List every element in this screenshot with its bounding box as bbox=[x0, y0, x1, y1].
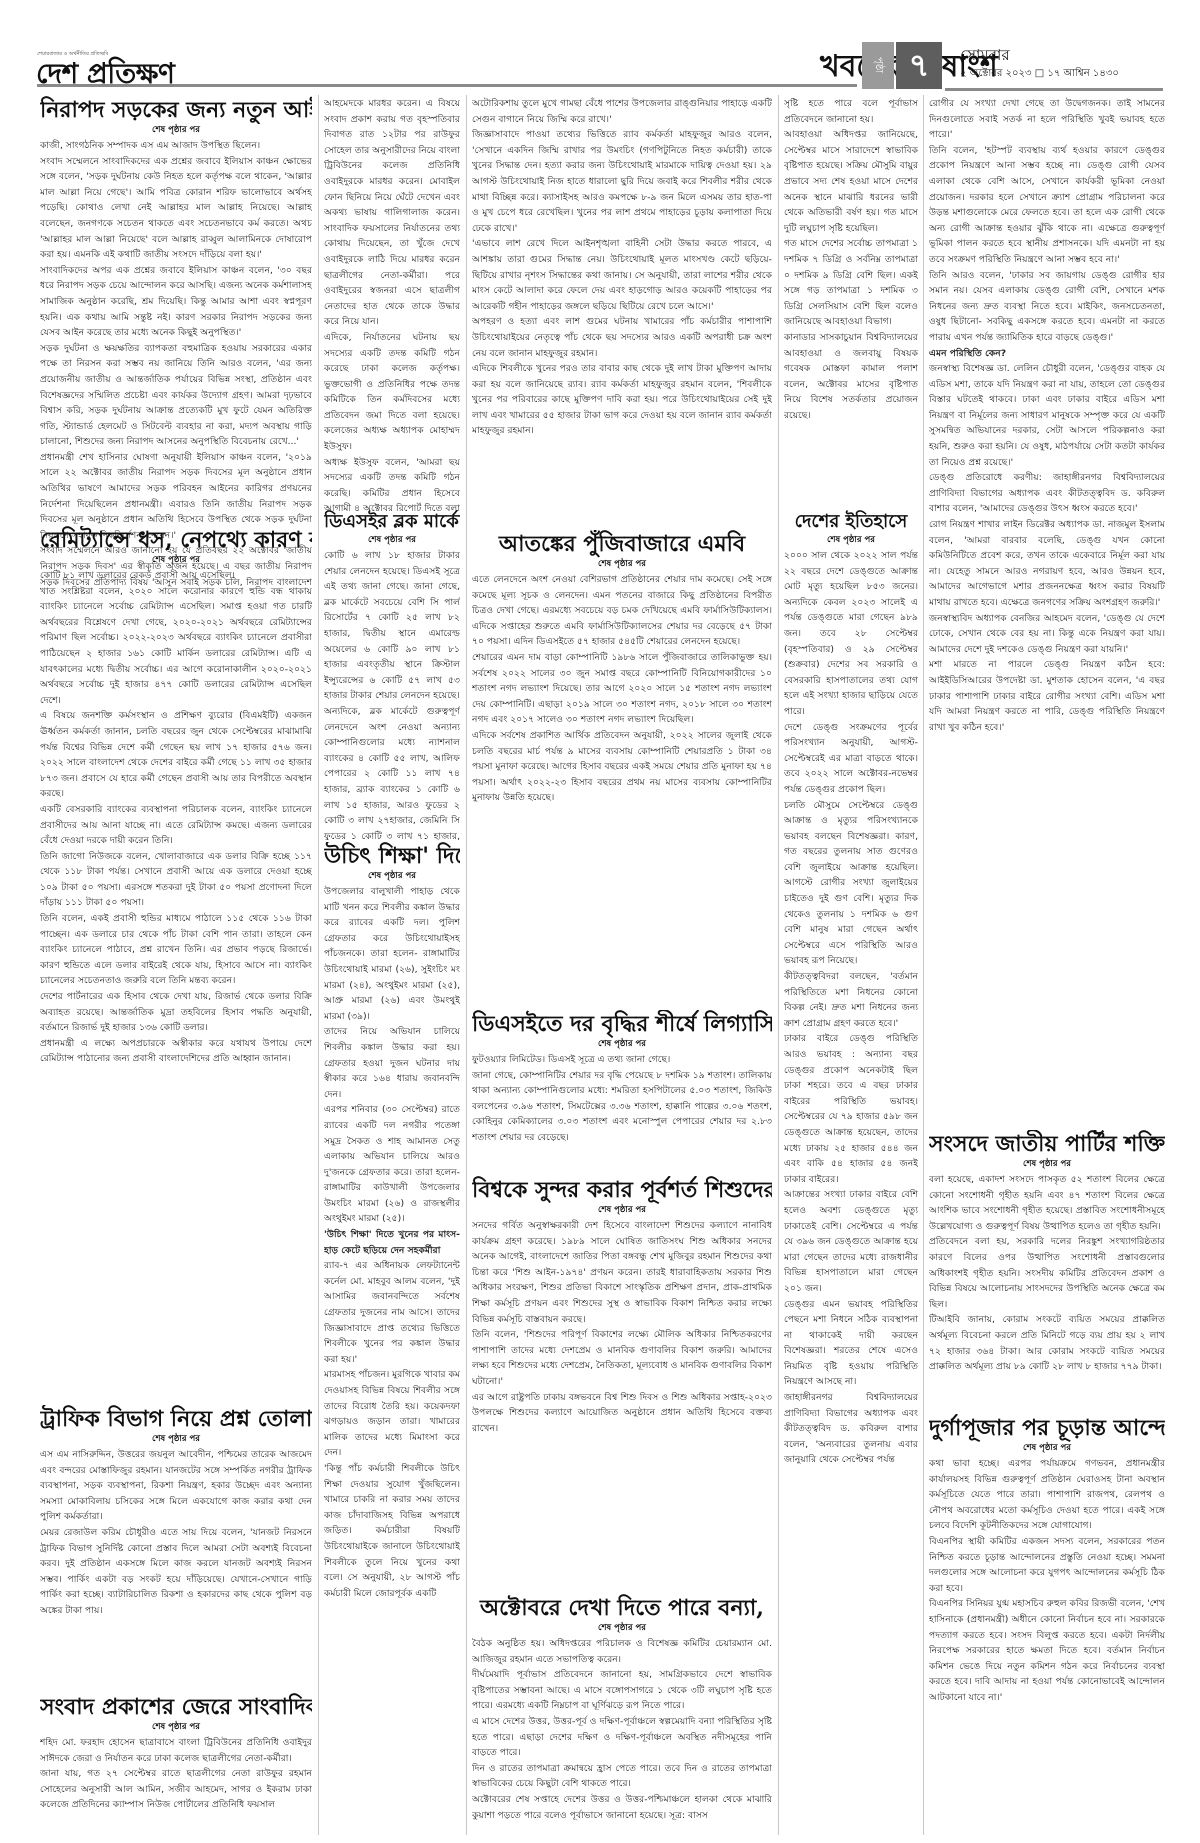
paragraph: এদিকে শিবলীকে খুনের পরও তার বাবার কাছ থে… bbox=[472, 361, 772, 439]
paragraph: দেশে ডেঙ্গু সংক্রমণের পূর্বের পরিসংখ্যান… bbox=[784, 720, 918, 798]
paragraph: অপহরণ ও হত্যা এবং লাশ গুমের ঘটনায় খামার… bbox=[472, 314, 772, 361]
continued-label: শেষ পৃষ্ঠার পর bbox=[472, 1038, 772, 1050]
article-body: ২০০০ সাল থেকে ২০২২ সাল পর্যন্ত ২২ বছরে দ… bbox=[784, 548, 918, 1468]
paragraph: কোটি ৬ লাখ ১৮ হাজার টাকার শেয়ার লেনদেন … bbox=[324, 548, 460, 704]
article-body: আহমেদকে মারধর করেন। এ বিষয়ে সংবাদ প্রকা… bbox=[324, 96, 460, 516]
article-body: কথা ভাবা হচ্ছে। এরপর পর্যায়ক্রমে গণভবন,… bbox=[929, 1456, 1165, 1706]
paragraph: সৃষ্টি হতে পারে বলে পূর্বাভাস প্রতিবেদনে… bbox=[784, 96, 918, 127]
paragraph: 'এভাবে লাশ রেখে দিলে আইনশৃঙ্খলা বাহিনী স… bbox=[472, 236, 772, 314]
paragraph: এ বিষয়ে জনশক্তি কর্মসংস্থান ও প্রশিক্ষণ… bbox=[40, 708, 312, 802]
article-dengue-history[interactable]: দেশের ইতিহাসে শেষ পৃষ্ঠার পর ২০০০ সাল থে… bbox=[784, 510, 918, 1838]
paragraph: গত মাসে দেশের সর্বোচ্চ তাপমাত্রা ১ দশমিক… bbox=[784, 236, 918, 330]
paragraph: এরপর শনিবার (৩০ সেপ্টেম্বর) রাতে র‍্যাবে… bbox=[324, 1102, 460, 1227]
paragraph: ঢাকার বাইরে ডেঙ্গু পরিস্থিতি আরও ভয়াবহ … bbox=[784, 1031, 918, 1187]
paragraph: ২০০০ সাল থেকে ২০২২ সাল পর্যন্ত ২২ বছরে দ… bbox=[784, 548, 918, 720]
paragraph: অক্টোবরের শেষ সপ্তাহে দেশের উত্তর ও উত্ত… bbox=[472, 1792, 772, 1823]
column-divider bbox=[318, 95, 319, 1835]
paragraph: এদিকে, নির্যাতনের ঘটনায় ছয় সদস্যের একট… bbox=[324, 330, 460, 455]
article-body: বৈঠক অনুষ্ঠিত হয়। অধিদপ্তরের পরিচালক ও … bbox=[472, 1636, 772, 1823]
issue-date: ২ অক্টোবর ২০২৩ □ ১৭ আশ্বিন ১৪৩০ bbox=[960, 66, 1119, 83]
paragraph: প্রতিবেদনে বলা হয়, সরকারি দলের নিরঙ্কুশ… bbox=[929, 1234, 1165, 1312]
headline[interactable]: নিরাপদ সড়কের জন্য নতুন আইন bbox=[40, 96, 312, 124]
article-body: এস এম নাসিরুদ্দিন, উত্তরের জয়নুল আবেদীন… bbox=[40, 1447, 312, 1619]
column-divider bbox=[923, 95, 924, 1835]
continued-label: শেষ পৃষ্ঠার পর bbox=[40, 1721, 312, 1733]
article-mb-pharma[interactable]: আতঙ্কের পুঁজিবাজারে এমবি শেষ পৃষ্ঠার পর … bbox=[472, 530, 772, 910]
paragraph: টিআইবি জানায়, কোরাম সংকটে ব্যয়িত সময়ে… bbox=[929, 1312, 1165, 1374]
article-body: রোগীর যে সংখ্যা দেখা গেছে তা উদ্বেগজনক। … bbox=[929, 96, 1165, 735]
paragraph: তিনি আরও বলেন, 'ঢাকার সব জায়গায় ডেঙ্গু… bbox=[929, 268, 1165, 346]
paragraph: মারমাসহ পাঁচজন। মুরগিকে খাবার কম দেওয়াস… bbox=[324, 1367, 460, 1461]
paragraph: র‍্যাব-৭ এর অধিনায়ক লেফট্যানেন্ট কর্নেল… bbox=[324, 1258, 460, 1367]
paragraph: 'কিন্তু পাঁচ কর্মচারী শিবলীকে উচিৎ শিক্ষ… bbox=[324, 1461, 460, 1601]
column-divider bbox=[466, 95, 467, 1835]
paragraph: প্রধানমন্ত্রী এ লক্ষ্যে অপপ্রচারকে অস্বী… bbox=[40, 1036, 312, 1067]
paragraph: তিনি বলেন, একই প্রবাসী হুন্ডির মাধ্যমে প… bbox=[40, 911, 312, 989]
paragraph: তিনি বলেন, 'শিশুদের পরিপূর্ণ বিকাশের লক্… bbox=[472, 1327, 772, 1389]
article-body: ফুটওয়্যার লিমিটেড। ডিএসই সূত্রে এ তথ্য … bbox=[472, 1052, 772, 1146]
headline[interactable]: সংসদে জাতীয় পার্টির শক্তিশালী bbox=[929, 1130, 1165, 1158]
continued-label: শেষ পৃষ্ঠার পর bbox=[324, 534, 460, 546]
headline[interactable]: অক্টোবরে দেখা দিতে পারে বন্যা, bbox=[472, 1594, 772, 1622]
column-divider bbox=[778, 95, 779, 1835]
paragraph: জানা গেছে, কোম্পানিটির শেয়ার দর বৃদ্ধি … bbox=[472, 1068, 772, 1146]
paragraph: বলা হয়েছে, একাদশ সংসদে পাসকৃত ৫২ শতাংশ … bbox=[929, 1172, 1165, 1234]
article-body: এতে লেনদেনে অংশ নেওয়া বেশিরভাগ প্রতিষ্ঠ… bbox=[472, 572, 772, 806]
paragraph: বিএনপির সিনিয়র যুগ্ম মহাসচিব রুহুল কবির… bbox=[929, 1596, 1165, 1705]
paragraph: শহিদ মো. ফরহাদ হোসেন ছাত্রাবাসে বাংলা ট্… bbox=[40, 1735, 312, 1766]
continued-label: শেষ পৃষ্ঠার পর bbox=[472, 1622, 772, 1634]
paragraph: বৈঠক অনুষ্ঠিত হয়। অধিদপ্তরের পরিচালক ও … bbox=[472, 1636, 772, 1667]
header-divider bbox=[37, 84, 857, 87]
article-movement[interactable]: দুর্গাপূজার পর চূড়ান্ত আন্দোলনে শেষ পৃষ… bbox=[929, 1414, 1165, 1798]
paragraph: আবহাওয়া অধিদপ্তর জানিয়েছে, সেপ্টেম্বর … bbox=[784, 127, 918, 236]
subheading: এমন পরিস্থিতি কেন? bbox=[929, 346, 1165, 362]
continued-label: শেষ পৃষ্ঠার পর bbox=[40, 124, 312, 136]
headline[interactable]: আতঙ্কের পুঁজিবাজারে এমবি bbox=[472, 530, 772, 558]
paragraph: এস এম নাসিরুদ্দিন, উত্তরের জয়নুল আবেদীন… bbox=[40, 1447, 312, 1525]
continued-label: শেষ পৃষ্ঠার পর bbox=[929, 1158, 1165, 1170]
paragraph: মশা মারতে না পারলে ডেঙ্গু নিয়ন্ত্রণ কঠি… bbox=[929, 657, 1165, 735]
paragraph: জানা যায়, গত ২৭ সেপ্টেম্বর রাতে ছাত্রলী… bbox=[40, 1766, 312, 1813]
paragraph: 'উচিৎ শিক্ষা' দিতে খুনের পর মাংস-হাড় কে… bbox=[324, 1227, 460, 1258]
paragraph: উপজেলার বালুখালী পাহাড় থেকে মাটি খনন কর… bbox=[324, 884, 460, 1024]
article-flood[interactable]: অক্টোবরে দেখা দিতে পারে বন্যা, শেষ পৃষ্ঠ… bbox=[472, 1594, 772, 1838]
article-higher-education[interactable]: উচিৎ শিক্ষা' দিতে শেষ পৃষ্ঠার পর উপজেলার… bbox=[324, 842, 460, 1838]
paragraph: কানাডার সাসকাচুয়ান বিশ্ববিদ্যালয়ের আবহ… bbox=[784, 330, 918, 424]
paragraph: একটি বেসরকারি ব্যাংকের ব্যবস্থাপনা পরিচা… bbox=[40, 802, 312, 849]
paragraph: জনস্বাস্থ্য বিশেষজ্ঞ ডা. লেলিন চৌধুরী বল… bbox=[929, 361, 1165, 470]
article-body: সনদের গর্বিত অনুস্বাক্ষরকারী দেশ হিসেবে … bbox=[472, 1218, 772, 1436]
paragraph: শেয়ারের এমন দাম বাড়া কোম্পানিটি ১৯৮৬ স… bbox=[472, 650, 772, 728]
paragraph: মেয়র রেজাউল করিম চৌধুরীও এতে সায় দিয়ে… bbox=[40, 1525, 312, 1619]
paragraph: সনদের গর্বিত অনুস্বাক্ষরকারী দেশ হিসেবে … bbox=[472, 1218, 772, 1327]
paragraph: আক্রান্তের সংখ্যা ঢাকার বাইরে বেশি হলেও … bbox=[784, 1187, 918, 1296]
continued-label: শেষ পৃষ্ঠার পর bbox=[472, 558, 772, 570]
paragraph: কোটি ৮১ লাখ ডলারের রেকর্ড প্রবাসী আয় এস… bbox=[40, 568, 312, 584]
continued-label: শেষ পৃষ্ঠার পর bbox=[324, 870, 460, 882]
paragraph: কীটতত্ত্ববিদরা বলছেন, 'বর্তমান পরিস্থিতি… bbox=[784, 969, 918, 1031]
article-body: সৃষ্টি হতে পারে বলে পূর্বাভাস প্রতিবেদনে… bbox=[784, 96, 918, 423]
article-journalist[interactable]: সংবাদ প্রকাশের জেরে সাংবাদিক শেষ পৃষ্ঠার… bbox=[40, 1693, 312, 1838]
paragraph: চলতি মৌসুমে সেপ্টেম্বরে ডেঙ্গু আক্রান্ত … bbox=[784, 798, 918, 970]
paragraph: আহমেদকে মারধর করেন। এ বিষয়ে সংবাদ প্রকা… bbox=[324, 96, 460, 330]
headline[interactable]: উচিৎ শিক্ষা' দিতে bbox=[324, 842, 460, 870]
article-body: কাজী, সাংগঠনিক সম্পাদক এস এম আজাদ উপস্থি… bbox=[40, 138, 312, 590]
paragraph: রোগ নিয়ন্ত্রণ শাখার লাইন ডিরেক্টর অধ্যা… bbox=[929, 517, 1165, 611]
article-dse-block-market[interactable]: ডিএসইর ব্লক মার্কেটে শেষ পৃষ্ঠার পর কোটি… bbox=[324, 510, 460, 840]
page-number: ৭ bbox=[896, 42, 942, 89]
paragraph: এদিকে সর্বশেষ প্রকাশিত আর্থিক প্রতিবেদন … bbox=[472, 728, 772, 806]
page-label: পৃষ্ঠা bbox=[862, 42, 894, 89]
paragraph: কাজী, সাংগঠনিক সম্পাদক এস এম আজাদ উপস্থি… bbox=[40, 138, 312, 154]
paragraph: খাত সংশ্লিষ্টরা বলেন, ২০২০ সালে করোনার ক… bbox=[40, 584, 312, 709]
paragraph: দেশের পার্টনারের এক হিসাব থেকে দেখা যায়… bbox=[40, 989, 312, 1036]
continued-label: শেষ পৃষ্ঠার পর bbox=[784, 534, 918, 546]
paragraph: দীর্ঘমেয়াদি পূর্বাভাস প্রতিবেদনে জানানো… bbox=[472, 1667, 772, 1714]
paragraph: অধ্যক্ষ ইউসুফ বলেন, 'আমরা ছয় সদস্যের এক… bbox=[324, 455, 460, 516]
continued-label: শেষ পৃষ্ঠার পর bbox=[472, 1204, 772, 1216]
headline[interactable]: ডিএসইতে দর বৃদ্ধির শীর্ষে লিগ্যাসি bbox=[472, 1010, 772, 1038]
paragraph: ডেঙ্গু প্রতিরোধে করণীয়: জাহাঙ্গীরনগর বি… bbox=[929, 470, 1165, 517]
article-journalist-continued[interactable]: আহমেদকে মারধর করেন। এ বিষয়ে সংবাদ প্রকা… bbox=[324, 96, 460, 516]
article-safe-road[interactable]: নিরাপদ সড়কের জন্য নতুন আইন শেষ পৃষ্ঠার … bbox=[40, 96, 312, 590]
headline[interactable]: রেমিট্যান্সে ধস, নেপথ্যে কারণ কী bbox=[40, 526, 312, 554]
paragraph: তিনি জাগো নিউজকে বলেন, খোলাবাজারে এক ডলা… bbox=[40, 849, 312, 911]
article-body: কোটি ৬ লাখ ১৮ হাজার টাকার শেয়ার লেনদেন … bbox=[324, 548, 460, 840]
masthead: শেয়ারবাজার ও অর্থনীতির প্রতিচ্ছবি দেশ প… bbox=[0, 0, 1200, 90]
paragraph: সংবাদ সম্মেলনে সাংবাদিকদের এক প্রশ্নের জ… bbox=[40, 154, 312, 263]
paragraph: এ মাসে দেশের উত্তর, উত্তর-পূর্ব ও দক্ষিণ… bbox=[472, 1714, 772, 1761]
headline[interactable]: বিশ্বকে সুন্দর করার পূর্বশর্ত শিশুদের bbox=[472, 1176, 772, 1204]
article-dengue-experts[interactable]: রোগীর যে সংখ্যা দেখা গেছে তা উদ্বেগজনক। … bbox=[929, 96, 1165, 1124]
paragraph: এতে লেনদেনে অংশ নেওয়া বেশিরভাগ প্রতিষ্ঠ… bbox=[472, 572, 772, 650]
continued-label: শেষ পৃষ্ঠার পর bbox=[40, 1433, 312, 1445]
continued-label: শেষ পৃষ্ঠার পর bbox=[929, 1442, 1165, 1454]
article-body: অটোরিকশায় তুলে মুখে গামছা বেঁধে পাশের উ… bbox=[472, 96, 772, 439]
paragraph: জনস্বাস্থ্যবিদ অধ্যাপক বেনজির আহমেদ বলেন… bbox=[929, 611, 1165, 658]
article-traffic[interactable]: ট্রাফিক বিভাগ নিয়ে প্রশ্ন তোলার শেষ পৃষ… bbox=[40, 1405, 312, 1693]
paragraph: জাহাঙ্গীরনগর বিশ্ববিদ্যালয়ের প্রাণিবিদ্… bbox=[784, 1390, 918, 1468]
article-children[interactable]: বিশ্বকে সুন্দর করার পূর্বশর্ত শিশুদের শে… bbox=[472, 1176, 772, 1594]
paragraph: জিজ্ঞাসাবাদে পাওয়া তথ্যের ভিত্তিতে র‍্য… bbox=[472, 127, 772, 236]
headline[interactable]: ট্রাফিক বিভাগ নিয়ে প্রশ্ন তোলার bbox=[40, 1405, 312, 1433]
paragraph: সাংবাদিকদের অপর এক প্রশ্নের জবাবে ইলিয়া… bbox=[40, 263, 312, 341]
article-weather-continued[interactable]: সৃষ্টি হতে পারে বলে পূর্বাভাস প্রতিবেদনে… bbox=[784, 96, 918, 516]
headline[interactable]: সংবাদ প্রকাশের জেরে সাংবাদিক bbox=[40, 1693, 312, 1721]
header-divider-right bbox=[945, 88, 1163, 91]
paragraph: সড়ক দুর্ঘটনা ও ক্ষয়ক্ষতির ব্যাপকতা বহু… bbox=[40, 341, 312, 450]
headline[interactable]: ডিএসইর ব্লক মার্কেটে bbox=[324, 510, 460, 534]
paragraph: অন্যদিকে, ব্লক মার্কেটে গুরুত্বপূর্ণ লেন… bbox=[324, 704, 460, 840]
paragraph: তাদের নিয়ে অভিযান চালিয়ে শিবলীর কঙ্কাল… bbox=[324, 1024, 460, 1102]
article-body: উপজেলার বালুখালী পাহাড় থেকে মাটি খনন কর… bbox=[324, 884, 460, 1601]
continued-label: শেষ পৃষ্ঠার পর bbox=[40, 554, 312, 566]
paragraph: ফুটওয়্যার লিমিটেড। ডিএসই সূত্রে এ তথ্য … bbox=[472, 1052, 772, 1068]
headline[interactable]: দুর্গাপূজার পর চূড়ান্ত আন্দোলনে bbox=[929, 1414, 1165, 1442]
paragraph: এর আগে রাষ্ট্রপতি ঢাকায় বঙ্গভবনে বিশ্ব … bbox=[472, 1390, 772, 1437]
paragraph: তিনি বলেন, 'হটস্পট ব্যবস্থায় ব্যর্থ হওয… bbox=[929, 143, 1165, 268]
paragraph: ডেঙ্গুর এমন ভয়াবহ পরিস্থিতির পেছনে মশা … bbox=[784, 1297, 918, 1391]
paragraph: বিএনপির স্থায়ী কমিটির একজন সদস্য বলেন, … bbox=[929, 1534, 1165, 1596]
newspaper-logo: দেশ প্রতিক্ষণ bbox=[36, 52, 174, 99]
paragraph: অটোরিকশায় তুলে মুখে গামছা বেঁধে পাশের উ… bbox=[472, 96, 772, 127]
headline[interactable]: দেশের ইতিহাসে bbox=[784, 510, 918, 534]
article-body: শহিদ মো. ফরহাদ হোসেন ছাত্রাবাসে বাংলা ট্… bbox=[40, 1735, 312, 1813]
article-dse-gainers[interactable]: ডিএসইতে দর বৃদ্ধির শীর্ষে লিগ্যাসি শেষ প… bbox=[472, 1010, 772, 1175]
article-body: কোটি ৮১ লাখ ডলারের রেকর্ড প্রবাসী আয় এস… bbox=[40, 568, 312, 1067]
paragraph: দিন ও রাতের তাপমাত্রা ক্রমান্বয়ে হ্রাস … bbox=[472, 1761, 772, 1792]
article-body: বলা হয়েছে, একাদশ সংসদে পাসকৃত ৫২ শতাংশ … bbox=[929, 1172, 1165, 1375]
paragraph: রোগীর যে সংখ্যা দেখা গেছে তা উদ্বেগজনক। … bbox=[929, 96, 1165, 143]
paragraph: কথা ভাবা হচ্ছে। এরপর পর্যায়ক্রমে গণভবন,… bbox=[929, 1456, 1165, 1534]
article-abduction-continued[interactable]: অটোরিকশায় তুলে মুখে গামছা বেঁধে পাশের উ… bbox=[472, 96, 772, 526]
article-parliament[interactable]: সংসদে জাতীয় পার্টির শক্তিশালী শেষ পৃষ্ঠ… bbox=[929, 1130, 1165, 1414]
article-remittance[interactable]: রেমিট্যান্সে ধস, নেপথ্যে কারণ কী শেষ পৃষ… bbox=[40, 526, 312, 1406]
